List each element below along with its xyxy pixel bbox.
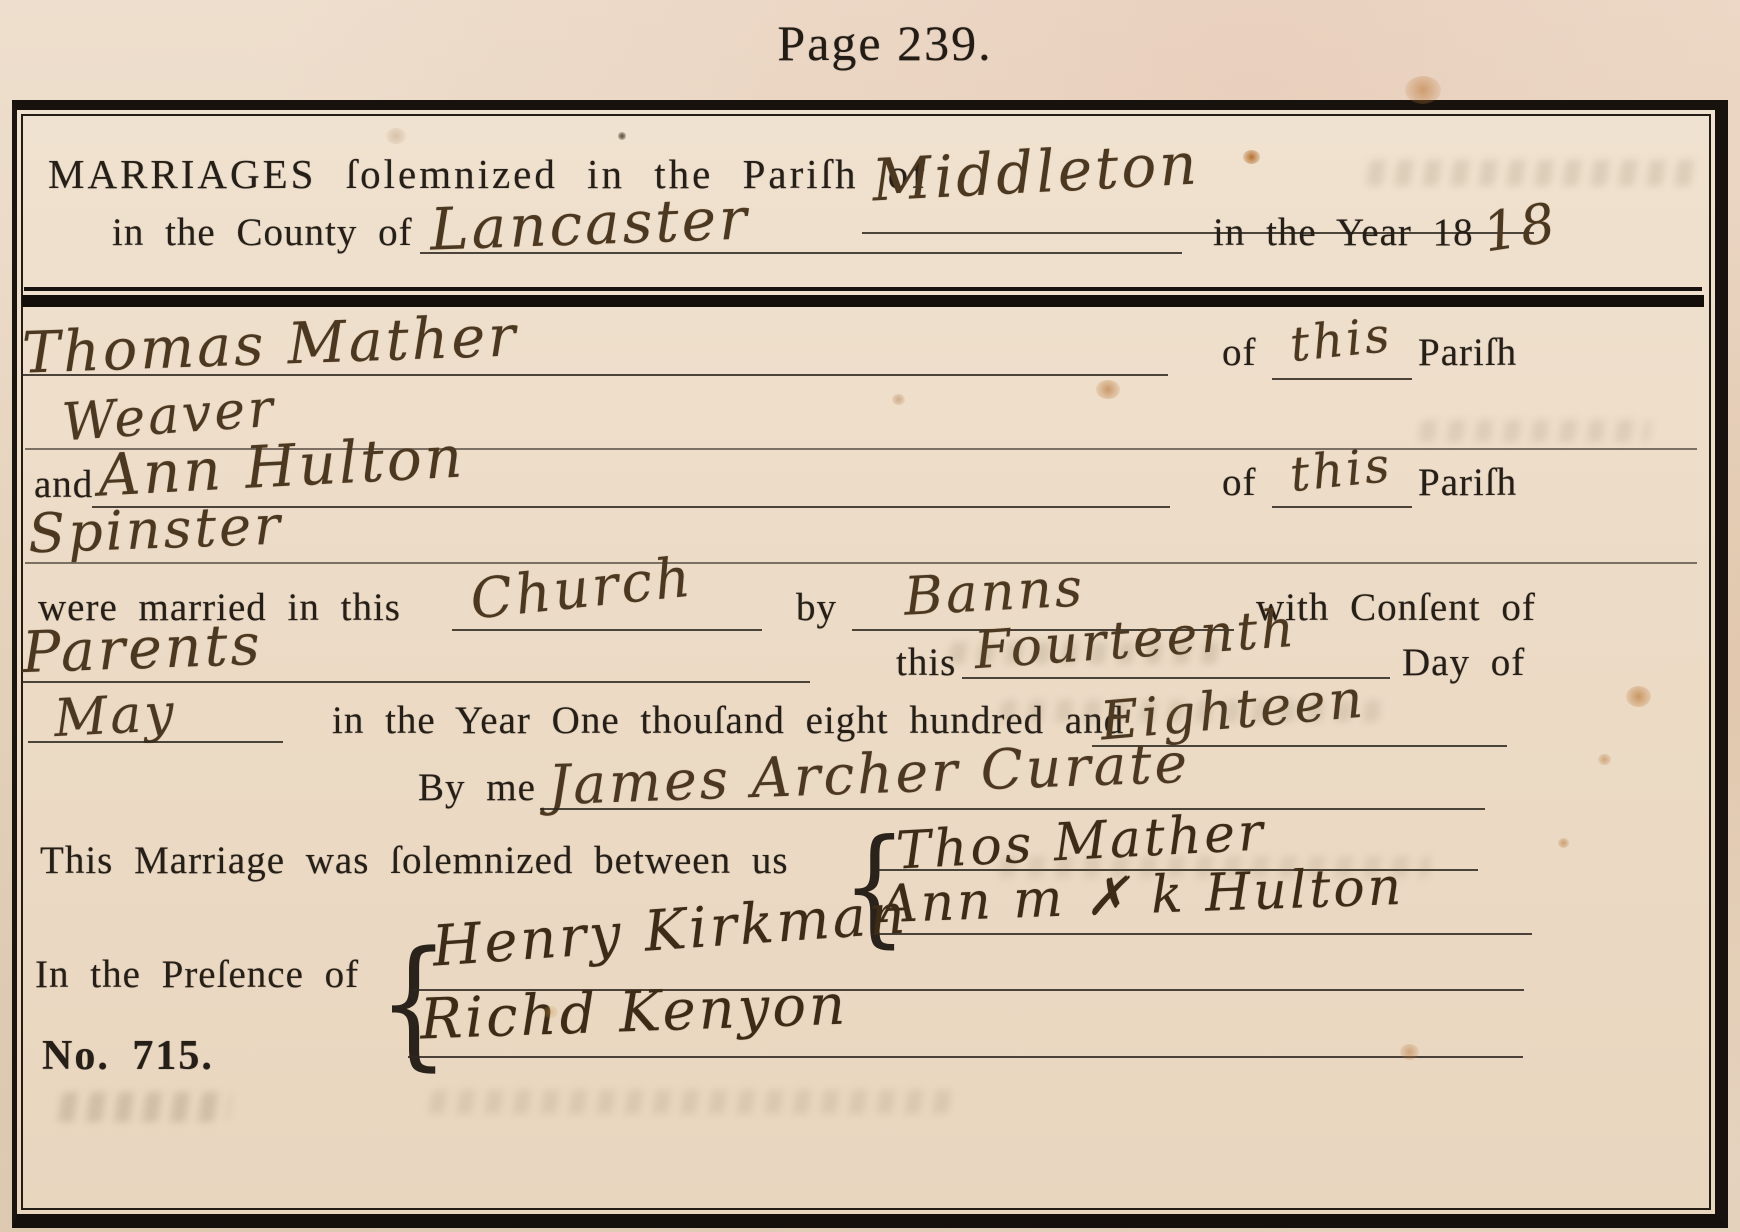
groom-parish-entry: this bbox=[1287, 307, 1394, 373]
by-label: by bbox=[796, 585, 837, 630]
place-rule bbox=[452, 629, 762, 631]
year-label: in the Year 18 bbox=[1213, 210, 1474, 255]
consent-rule bbox=[22, 681, 810, 683]
bride-signature-rule bbox=[872, 933, 1532, 935]
page-number-heading: Page 239. bbox=[665, 14, 1105, 72]
marriages-solemnized-label: MARRIAGES ſolemnized in the Pariſh of bbox=[48, 150, 928, 198]
groom-name-rule bbox=[22, 374, 1168, 376]
groom-of-label: of bbox=[1222, 330, 1257, 375]
with-consent-label: with Conſent of bbox=[1256, 585, 1536, 630]
groom-parish-rule bbox=[1272, 378, 1412, 380]
by-me-label: By me bbox=[418, 765, 536, 810]
year-entry: 18 bbox=[1479, 191, 1563, 265]
witness-2-rule bbox=[408, 1056, 1523, 1058]
consent-entry: Parents bbox=[21, 612, 264, 686]
county-label: in the County of bbox=[112, 210, 413, 255]
header-divider-thick-rule bbox=[22, 295, 1704, 307]
officiant-rule bbox=[540, 808, 1485, 810]
day-of-label: Day of bbox=[1402, 640, 1525, 685]
month-rule bbox=[28, 741, 283, 743]
bride-condition-entry: Spinster bbox=[27, 494, 284, 566]
in-presence-of-label: In the Preſence of bbox=[35, 952, 359, 997]
entry-number: No. 715. bbox=[42, 1032, 214, 1080]
bride-of-label: of bbox=[1222, 460, 1257, 505]
header-divider-thin-rule bbox=[24, 287, 1702, 291]
bride-parish-label: Pariſh bbox=[1418, 460, 1517, 505]
this-label: this bbox=[896, 640, 956, 685]
bride-parish-rule bbox=[1272, 506, 1412, 508]
bride-condition-rule bbox=[25, 562, 1697, 564]
solemnized-between-us-label: This Marriage was ſolemnized between us bbox=[40, 838, 789, 883]
register-page-scan: Page 239. MARRIAGES ſolemnized in the Pa… bbox=[0, 0, 1740, 1232]
bride-parish-entry: this bbox=[1287, 437, 1394, 503]
county-name-rule bbox=[420, 252, 1182, 254]
month-entry: May bbox=[53, 683, 179, 749]
groom-parish-label: Pariſh bbox=[1418, 330, 1517, 375]
